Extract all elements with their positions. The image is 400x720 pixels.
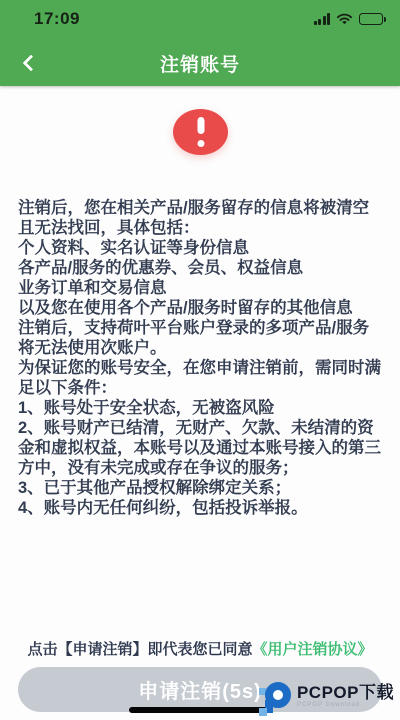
battery-icon (359, 13, 386, 25)
text-line: 金和虚拟权益，本账号以及通过本账号接入的第三 (18, 438, 384, 458)
nav-bar: 注销账号 (0, 40, 400, 86)
text-line: 个人资料、实名认证等身份信息 (18, 238, 384, 258)
watermark-brand: PCPOP下载 (297, 684, 394, 702)
text-line: 注销后，支持荷叶平台账户登录的多项产品/服务 (18, 318, 384, 338)
text-line: 4、账号内无任何纠纷，包括投诉举报。 (18, 498, 384, 518)
text-line: 业务订单和交易信息 (18, 278, 384, 298)
text-line: 方中，没有未完成或存在争议的服务； (18, 458, 384, 478)
header: 17:09 注销账号 (0, 0, 400, 86)
agreement-link[interactable]: 《用户注销协议》 (253, 641, 373, 658)
status-bar: 17:09 (0, 8, 400, 30)
home-indicator[interactable] (129, 707, 273, 713)
exclamation-bar (197, 117, 204, 134)
pcpop-logo-icon (259, 678, 293, 718)
text-line: 3、已于其他产品授权解除绑定关系； (18, 478, 384, 498)
watermark: PCPOP下载 PCPOP Download (259, 678, 394, 718)
warning-exclamation-icon (173, 109, 228, 155)
text-line: 2、账号财产已结清，无财产、欠款、未结清的资 (18, 418, 384, 438)
text-line: 且无法找回，具体包括： (18, 218, 384, 238)
text-line: 注销后，您在相关产品/服务留存的信息将被清空 (18, 198, 384, 218)
deletion-notice-text: 注销后，您在相关产品/服务留存的信息将被清空且无法找回，具体包括：个人资料、实名… (18, 198, 384, 518)
text-line: 足以下条件： (18, 378, 384, 398)
text-line: 1、账号处于安全状态，无被盗风险 (18, 398, 384, 418)
text-line: 将无法使用次账户。 (18, 338, 384, 358)
agreement-row: 点击【申请注销】即代表您已同意《用户注销协议》 (0, 638, 400, 659)
watermark-subtext: PCPOP Download (297, 702, 394, 708)
page-title: 注销账号 (0, 50, 400, 77)
status-time: 17:09 (34, 9, 80, 29)
text-line: 为保证您的账号安全，在您申请注销前，需同时满 (18, 358, 384, 378)
cellular-signal-icon (314, 13, 331, 25)
agreement-text: 点击【申请注销】即代表您已同意 (27, 641, 252, 658)
account-deletion-screen: 17:09 注销账号 (0, 0, 400, 720)
text-line: 各产品/服务的优惠券、会员、权益信息 (18, 258, 384, 278)
wifi-icon (336, 13, 353, 26)
text-line: 以及您在使用各个产品/服务时留存的其他信息 (18, 298, 384, 318)
exclamation-dot (197, 140, 204, 147)
status-icons (314, 13, 387, 26)
